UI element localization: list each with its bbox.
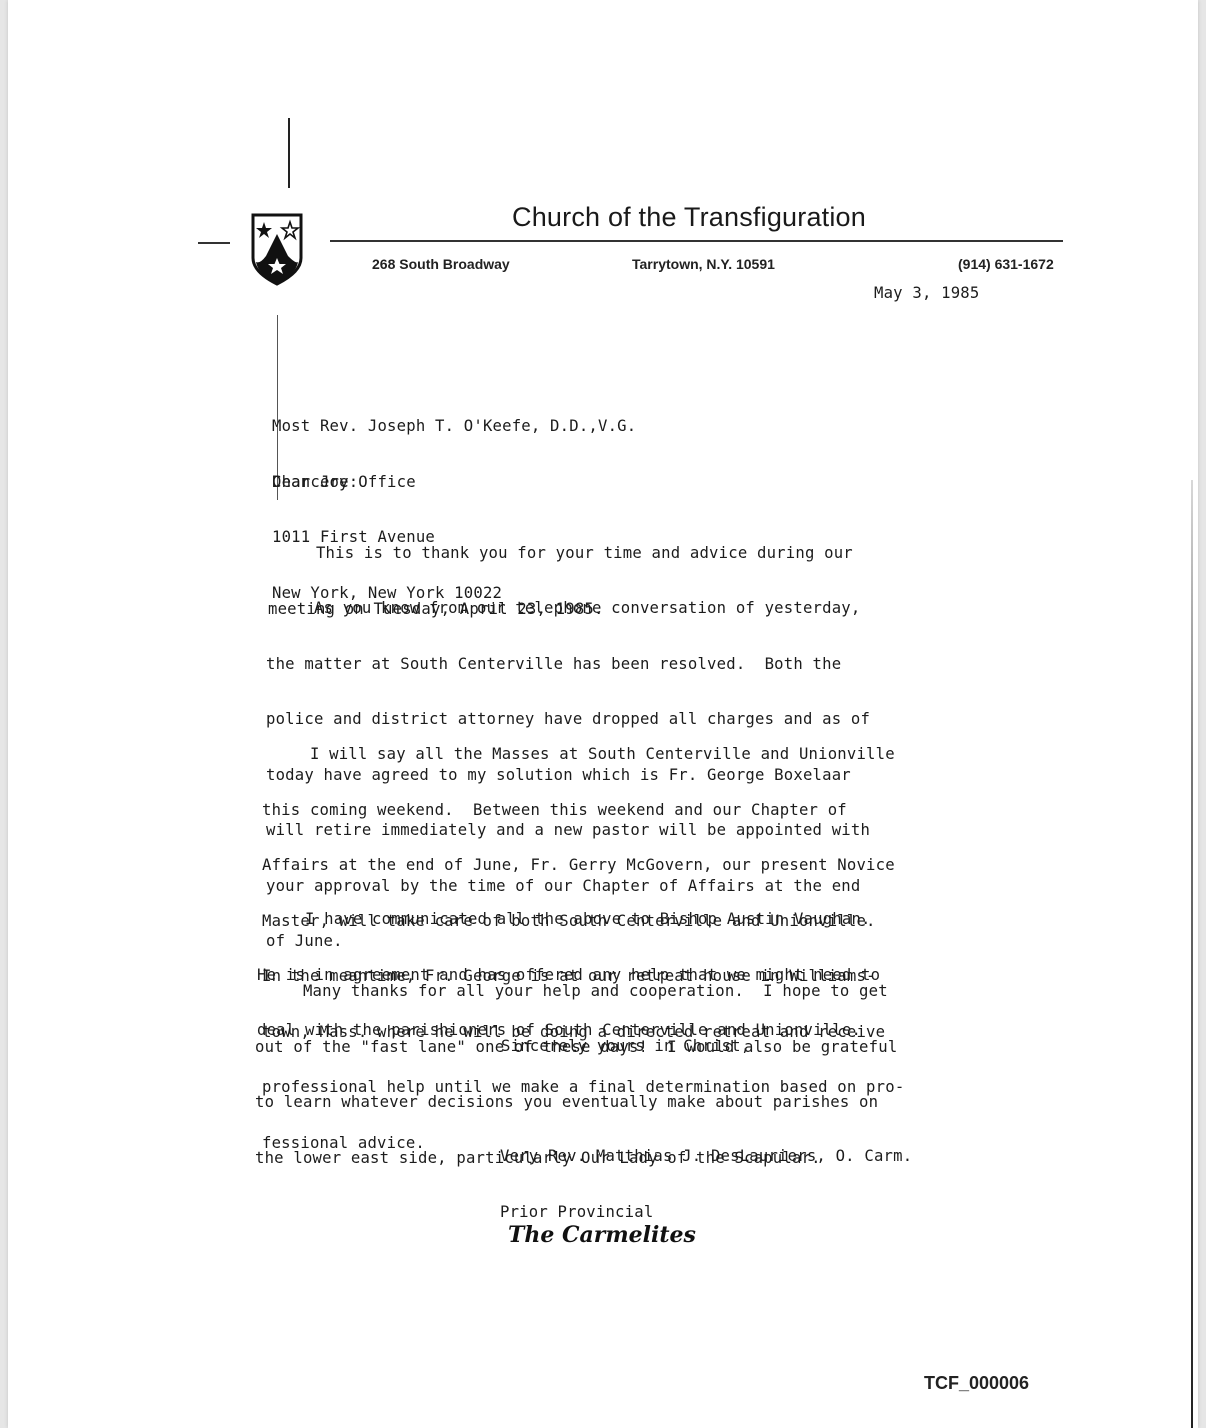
scan-mark — [198, 242, 230, 244]
body-line: Many thanks for all your help and cooper… — [255, 982, 897, 1001]
signer-name: Very Rev. Matthias J. DesLauriers, O. Ca… — [500, 1147, 912, 1166]
closing: Sincerely yours in Christ, — [501, 1037, 750, 1056]
carmelite-shield-icon — [250, 212, 304, 286]
letterhead-phone: (914) 631-1672 — [958, 256, 1054, 272]
scan-mark — [288, 118, 290, 188]
body-line: This is to thank you for your time and a… — [268, 544, 853, 563]
body-line: I will say all the Masses at South Cente… — [262, 745, 904, 764]
recipient-line: Most Rev. Joseph T. O'Keefe, D.D.,V.G. — [272, 417, 636, 436]
body-line: to learn whatever decisions you eventual… — [255, 1093, 897, 1112]
signature-block: Very Rev. Matthias J. DesLauriers, O. Ca… — [500, 1110, 912, 1240]
scan-edge-line — [1191, 480, 1193, 1428]
salutation: Dear Joe: — [272, 473, 358, 492]
letterhead-title: Church of the Transfiguration — [512, 202, 866, 233]
body-line: As you know from our telephone conversat… — [266, 599, 870, 618]
letterhead-city: Tarrytown, N.Y. 10591 — [632, 256, 775, 272]
letterhead-street: 268 South Broadway — [372, 256, 510, 272]
body-line: I have communicated all the above to Bis… — [257, 910, 880, 929]
body-line: the matter at South Centerville has been… — [266, 655, 870, 674]
order-wordmark: The Carmelites — [508, 1222, 696, 1248]
signer-title: Prior Provincial — [500, 1203, 912, 1222]
body-line: Affairs at the end of June, Fr. Gerry Mc… — [262, 856, 904, 875]
bates-number: TCF_000006 — [924, 1373, 1029, 1394]
letter-date: May 3, 1985 — [874, 284, 979, 303]
letterhead-rule — [330, 240, 1063, 242]
body-line: this coming weekend. Between this weeken… — [262, 801, 904, 820]
